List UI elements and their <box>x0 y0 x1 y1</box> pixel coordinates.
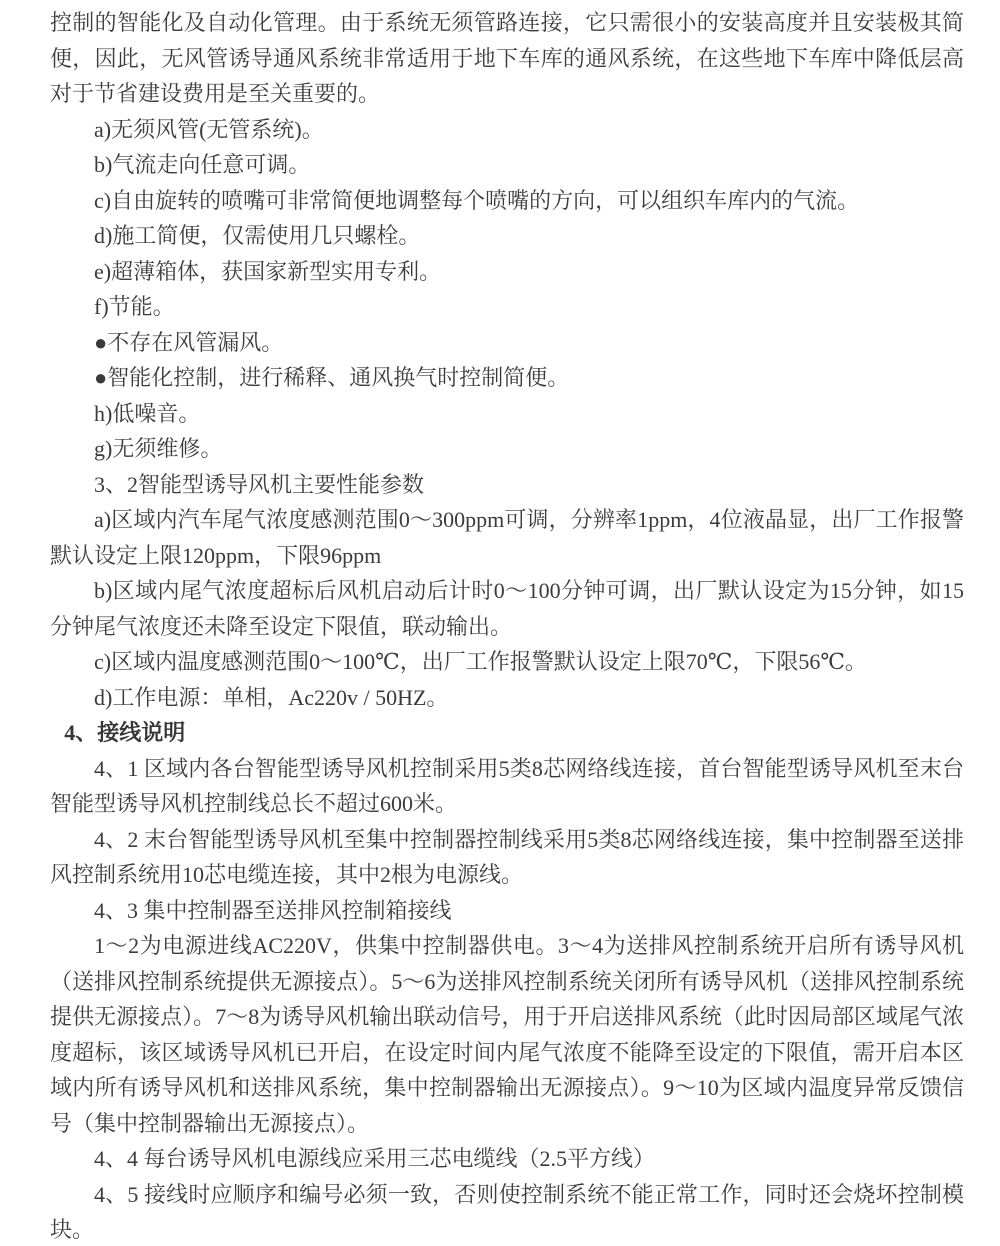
feature-item-c: c)自由旋转的喷嘴可非常简便地调整每个喷嘴的方向，可以组织车库内的气流。 <box>50 183 964 219</box>
feature-item-d: d)施工简便，仅需使用几只螺栓。 <box>50 218 964 254</box>
feature-item-f: f)节能。 <box>50 289 964 325</box>
paragraph-intro-continuation: 控制的智能化及自动化管理。由于系统无须管路连接，它只需很小的安装高度并且安装极其… <box>50 5 964 112</box>
document-page: 控制的智能化及自动化管理。由于系统无须管路连接，它只需很小的安装高度并且安装极其… <box>0 0 1000 1246</box>
feature-item-h: h)低噪音。 <box>50 396 964 432</box>
param-item-c: c)区域内温度感测范围0～100℃，出厂工作报警默认设定上限70℃，下限56℃。 <box>50 644 964 680</box>
feature-item-e: e)超薄箱体，获国家新型实用专利。 <box>50 254 964 290</box>
bullet-item-smart-control: ●智能化控制，进行稀释、通风换气时控制简便。 <box>50 360 964 396</box>
wiring-item-4-3: 4、3 集中控制器至送排风控制箱接线 <box>50 893 964 929</box>
section-heading-wiring: 4、接线说明 <box>50 715 964 751</box>
wiring-item-4-2: 4、2 末台智能型诱导风机至集中控制器控制线采用5类8芯网络线连接，集中控制器至… <box>50 822 964 893</box>
bullet-item-no-duct-leak: ●不存在风管漏风。 <box>50 325 964 361</box>
subheading-performance-params: 3、2智能型诱导风机主要性能参数 <box>50 467 964 503</box>
param-item-d: d)工作电源：单相，Ac220v / 50HZ。 <box>50 680 964 716</box>
param-item-b: b)区域内尾气浓度超标后风机启动后计时0～100分钟可调，出厂默认设定为15分钟… <box>50 573 964 644</box>
wiring-item-4-1: 4、1 区域内各台智能型诱导风机控制采用5类8芯网络线连接，首台智能型诱导风机至… <box>50 751 964 822</box>
param-item-a: a)区域内汽车尾气浓度感测范围0～300ppm可调，分辨率1ppm，4位液晶显，… <box>50 502 964 573</box>
wiring-item-4-5: 4、5 接线时应顺序和编号必须一致，否则使控制系统不能正常工作，同时还会烧坏控制… <box>50 1177 964 1246</box>
feature-item-b: b)气流走向任意可调。 <box>50 147 964 183</box>
wiring-item-4-4: 4、4 每台诱导风机电源线应采用三芯电缆线（2.5平方线） <box>50 1141 964 1177</box>
feature-item-a: a)无须风管(无管系统)。 <box>50 112 964 148</box>
feature-item-g: g)无须维修。 <box>50 431 964 467</box>
wiring-terminal-details: 1～2为电源进线AC220V，供集中控制器供电。3～4为送排风控制系统开启所有诱… <box>50 928 964 1141</box>
